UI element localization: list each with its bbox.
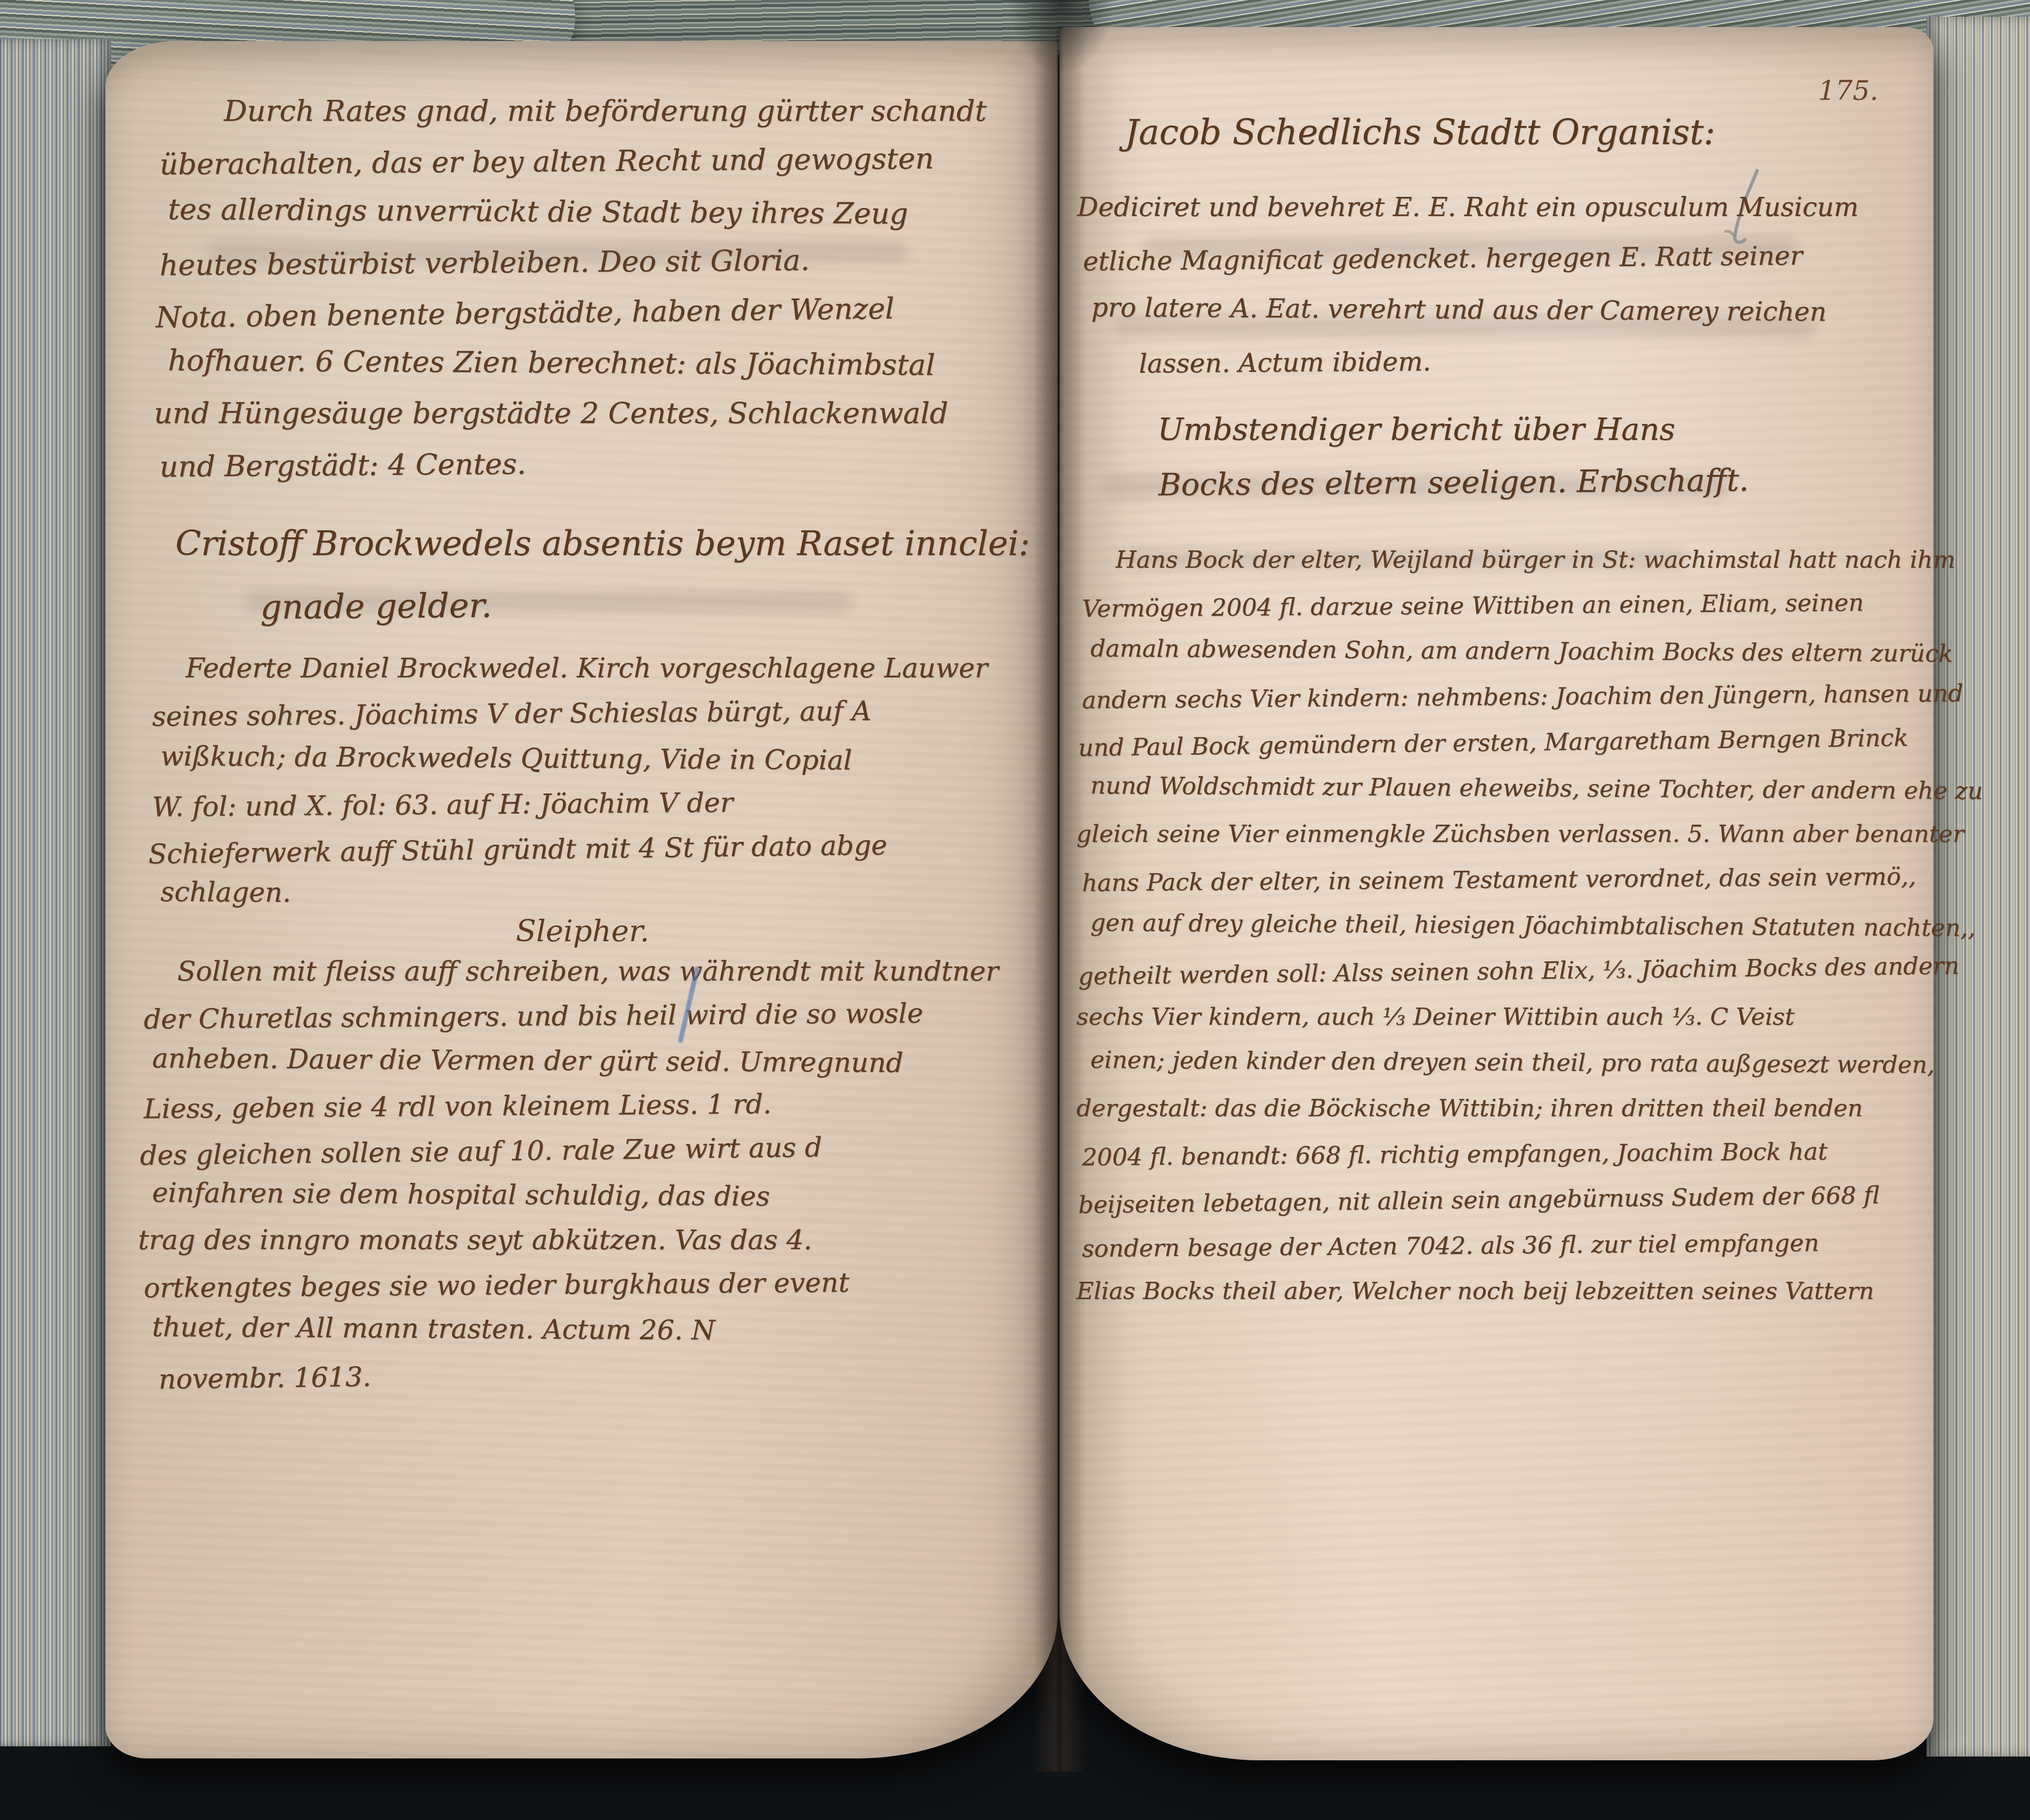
right-paragraph-1: Dediciret und bevehret E. E. Raht ein op… xyxy=(1077,182,1858,387)
manuscript-line: W. fol: und X. fol: 63. auf H: Jöachim V… xyxy=(152,778,994,830)
manuscript-line: pro latere A. Eat. verehrt und aus der C… xyxy=(1091,282,1873,338)
manuscript-line: etliche Magnificat gedencket. hergegen E… xyxy=(1083,230,1864,287)
manuscript-line: schlagen. xyxy=(160,869,1002,920)
manuscript-line: Elias Bocks theil aber, Welcher noch bei… xyxy=(1076,1269,1969,1314)
manuscript-line: beijseiten lebetagen, nit allein sein an… xyxy=(1078,1172,1971,1228)
manuscript-line: Durch Rates gnad, mit beförderung gürtte… xyxy=(224,86,986,136)
manuscript-line: anheben. Dauer die Vermen der gürt seid.… xyxy=(152,1036,1013,1086)
manuscript-line: sondern besage der Acten 7042. als 36 fl… xyxy=(1082,1219,1975,1272)
manuscript-line: Umbstendiger bericht über Hans xyxy=(1157,403,1743,456)
manuscript-line: hofhauer. 6 Centes Zien berechnet: als J… xyxy=(168,335,1001,391)
manuscript-line: andern sechs Vier kindern: nehmbens: Joa… xyxy=(1082,671,1975,723)
manuscript-line: Bocks des eltern seeligen. Erbschafft. xyxy=(1158,454,1749,512)
manuscript-line: Nota. oben benente bergstädte, haben der… xyxy=(155,282,989,343)
manuscript-line: Liess, geben sie 4 rdl von kleinem Liess… xyxy=(144,1080,1005,1131)
manuscript-line: wißkuch; da Brockwedels Quittung, Vide i… xyxy=(160,734,1002,784)
manuscript-line: und Bergstädt: 4 Centes. xyxy=(159,435,992,492)
manuscript-line: Jacob Schedlichs Stadtt Organist: xyxy=(1125,104,1715,160)
manuscript-line: gen auf drey gleiche theil, hiesigen Jöa… xyxy=(1090,900,1983,952)
manuscript-line: nund Woldschmidt zur Plauen eheweibs, se… xyxy=(1090,763,1983,814)
manuscript-line: sechs Vier kindern, auch ⅓ Deiner Wittib… xyxy=(1076,994,1969,1040)
manuscript-line: gleich seine Vier einmengkle Züchsben ve… xyxy=(1076,812,1969,857)
left-centered-word: Sleipher. xyxy=(516,914,650,949)
manuscript-line: damaln abwesenden Sohn, am andern Joachi… xyxy=(1090,626,1983,677)
manuscript-line: hans Pack der elter, in seinem Testament… xyxy=(1082,854,1975,906)
manuscript-line: des gleichen sollen sie auf 10. rale Zue… xyxy=(139,1123,1000,1178)
folio-number: 175. xyxy=(1818,75,1878,106)
manuscript-line: seines sohres. Jöachims V der Schieslas … xyxy=(152,688,994,739)
manuscript-line: heutes bestürbist verbleiben. Deo sit Gl… xyxy=(159,234,992,291)
manuscript-line: getheilt werden soll: Alss seinen sohn E… xyxy=(1078,943,1971,1000)
left-page: Durch Rates gnad, mit beförderung gürtte… xyxy=(105,41,1058,1758)
left-page-edge-stack xyxy=(0,39,111,1746)
manuscript-line: lassen. Actum ibidem. xyxy=(1139,333,1864,390)
manuscript-book-photo: Durch Rates gnad, mit beförderung gürtte… xyxy=(0,0,2030,1820)
manuscript-line: einfahren sie dem hospital schuldig, das… xyxy=(152,1170,1013,1220)
manuscript-line: Vermögen 2004 fl. darzue seine Wittiben … xyxy=(1082,579,1975,632)
manuscript-line: Cristoff Brockwedels absentis beym Raset… xyxy=(175,513,1030,574)
manuscript-line: überachalten, das er bey alten Recht und… xyxy=(159,133,992,190)
left-paragraph-1: Durch Rates gnad, mit beförderung gürtte… xyxy=(154,86,986,489)
manuscript-line: gnade gelder. xyxy=(260,570,1036,637)
manuscript-line: der Churetlas schmingers. und bis heil w… xyxy=(144,990,1005,1042)
manuscript-line: Dediciret und bevehret E. E. Raht ein op… xyxy=(1077,182,1858,233)
manuscript-line: und Hüngesäuge bergstädte 2 Centes, Schl… xyxy=(154,388,986,438)
manuscript-line: und Paul Bock gemündern der ersten, Marg… xyxy=(1078,715,1971,771)
manuscript-line: Schieferwerk auff Stühl gründt mit 4 St … xyxy=(148,821,990,877)
right-page: 175. Jacob Schedlichs Stadtt Organist: D… xyxy=(1060,27,1933,1760)
manuscript-line: dergestalt: das die Böckische Wittibin; … xyxy=(1076,1086,1969,1132)
right-paragraph-2: Hans Bock der elter, Weijland bürger in … xyxy=(1076,537,1969,1314)
gutter-top-shadow xyxy=(1007,0,1115,75)
manuscript-line: 2004 fl. benandt: 668 fl. richtig empfan… xyxy=(1082,1128,1975,1181)
left-paragraph-2: Federte Daniel Brockwedel. Kirch vorgesc… xyxy=(146,646,988,917)
manuscript-line: trag des inngro monats seyt abkützen. Va… xyxy=(138,1217,998,1262)
manuscript-line: tes allerdings unverrückt die Stadt bey … xyxy=(168,184,1001,240)
manuscript-line: Hans Bock der elter, Weijland bürger in … xyxy=(1115,537,1969,583)
manuscript-line: Sollen mit fleiss auff schreiben, was wä… xyxy=(177,949,998,993)
manuscript-line: Federte Daniel Brockwedel. Kirch vorgesc… xyxy=(186,646,988,691)
left-section-heading: Cristoff Brockwedels absentis beym Raset… xyxy=(175,513,1030,634)
right-heading-erbschafft: Umbstendiger bericht über HansBocks des … xyxy=(1157,403,1743,509)
manuscript-line: ortkengtes beges sie wo ieder burgkhaus … xyxy=(144,1259,1005,1310)
right-heading-organist: Jacob Schedlichs Stadtt Organist: xyxy=(1125,104,1715,160)
manuscript-line: thuet, der All mann trasten. Actum 26. N xyxy=(152,1305,1013,1355)
left-paragraph-3: Sollen mit fleiss auff schreiben, was wä… xyxy=(138,949,998,1396)
manuscript-line: einen; jeden kinder den dreyen sein thei… xyxy=(1090,1037,1983,1089)
manuscript-line: novembr. 1613. xyxy=(158,1347,1000,1402)
